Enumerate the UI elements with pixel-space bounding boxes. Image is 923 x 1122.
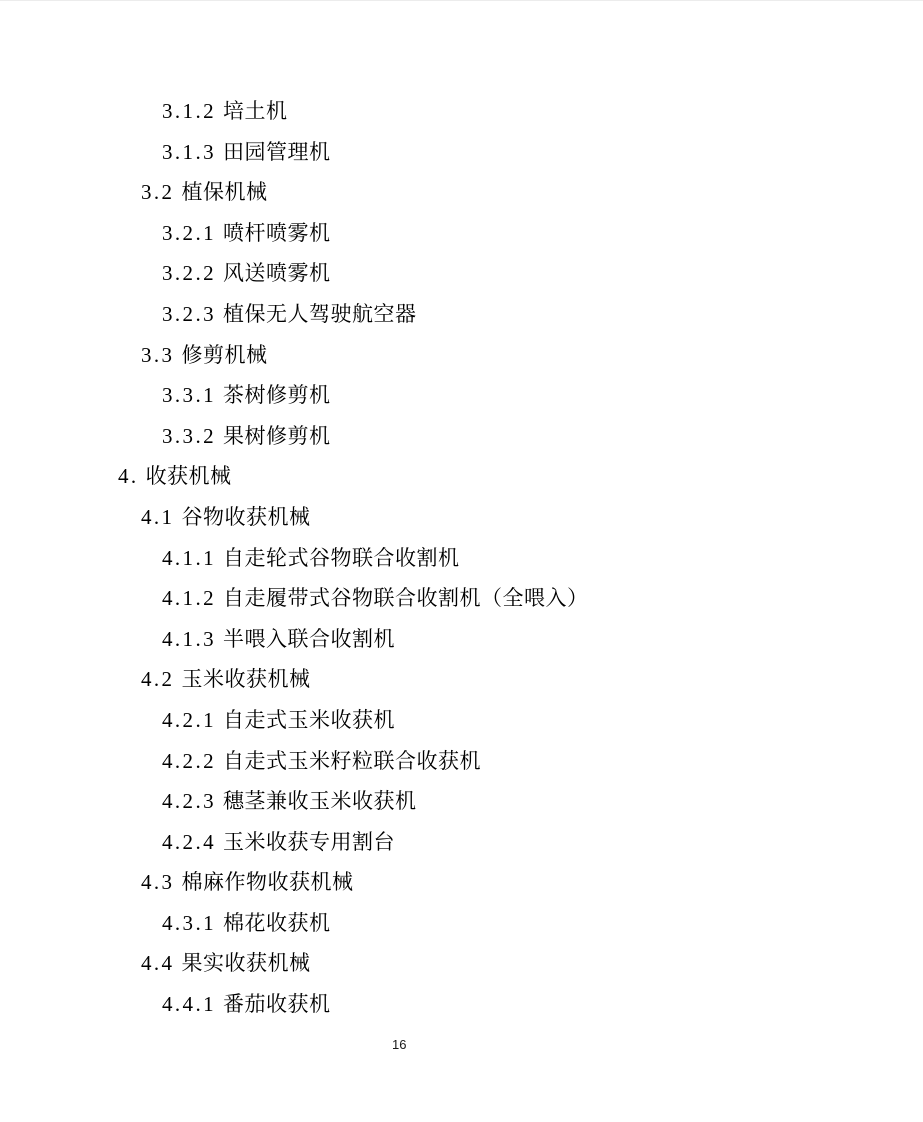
item-number: 4.1.3 bbox=[162, 627, 216, 651]
list-item: 4.1.3半喂入联合收割机 bbox=[0, 619, 923, 660]
item-number: 3.2.1 bbox=[162, 221, 216, 245]
list-item: 3.1.2培土机 bbox=[0, 91, 923, 132]
item-number: 3.3 bbox=[141, 343, 174, 367]
item-number: 3.1.2 bbox=[162, 99, 216, 123]
item-label: 番茄收获机 bbox=[223, 992, 331, 1016]
item-label: 茶树修剪机 bbox=[223, 383, 331, 407]
list-item: 3.3.1茶树修剪机 bbox=[0, 375, 923, 416]
item-number: 4.3 bbox=[141, 870, 174, 894]
item-label: 棉花收获机 bbox=[223, 911, 331, 935]
item-label: 玉米收获专用割台 bbox=[223, 830, 395, 854]
list-item: 4.2.2自走式玉米籽粒联合收获机 bbox=[0, 741, 923, 782]
item-number: 4.1 bbox=[141, 505, 174, 529]
list-item: 4.1.1自走轮式谷物联合收割机 bbox=[0, 538, 923, 579]
item-number: 4.4 bbox=[141, 951, 174, 975]
item-label: 植保无人驾驶航空器 bbox=[223, 302, 417, 326]
list-item: 4.4.1番茄收获机 bbox=[0, 984, 923, 1025]
list-item: 4.2.1自走式玉米收获机 bbox=[0, 700, 923, 741]
item-number: 4.4.1 bbox=[162, 992, 216, 1016]
list-item: 3.3修剪机械 bbox=[0, 335, 923, 376]
list-item: 4.3.1棉花收获机 bbox=[0, 903, 923, 944]
item-number: 3.3.2 bbox=[162, 424, 216, 448]
item-number: 3.1.3 bbox=[162, 140, 216, 164]
item-number: 4. bbox=[118, 464, 139, 488]
item-label: 穗茎兼收玉米收获机 bbox=[223, 789, 417, 813]
item-number: 3.2.3 bbox=[162, 302, 216, 326]
item-number: 3.3.1 bbox=[162, 383, 216, 407]
list-item: 3.2.2风送喷雾机 bbox=[0, 253, 923, 294]
list-item: 4.收获机械 bbox=[0, 456, 923, 497]
list-item: 4.1.2自走履带式谷物联合收割机（全喂入） bbox=[0, 578, 923, 619]
list-item: 4.1谷物收获机械 bbox=[0, 497, 923, 538]
item-label: 玉米收获机械 bbox=[181, 667, 310, 691]
item-number: 4.2.2 bbox=[162, 749, 216, 773]
list-item: 4.2.4玉米收获专用割台 bbox=[0, 822, 923, 863]
item-label: 田园管理机 bbox=[223, 140, 331, 164]
list-item: 3.1.3田园管理机 bbox=[0, 132, 923, 173]
item-label: 修剪机械 bbox=[181, 343, 267, 367]
list-item: 3.2.1喷杆喷雾机 bbox=[0, 213, 923, 254]
item-number: 4.1.1 bbox=[162, 546, 216, 570]
item-label: 培土机 bbox=[223, 99, 288, 123]
list-item: 3.2.3植保无人驾驶航空器 bbox=[0, 294, 923, 335]
item-label: 自走式玉米收获机 bbox=[223, 708, 395, 732]
item-label: 自走式玉米籽粒联合收获机 bbox=[223, 749, 481, 773]
item-number: 3.2 bbox=[141, 180, 174, 204]
item-label: 谷物收获机械 bbox=[181, 505, 310, 529]
item-label: 果树修剪机 bbox=[223, 424, 331, 448]
item-number: 4.1.2 bbox=[162, 586, 216, 610]
page-number: 16 bbox=[392, 1037, 406, 1053]
item-number: 4.2.3 bbox=[162, 789, 216, 813]
item-number: 4.3.1 bbox=[162, 911, 216, 935]
item-number: 3.2.2 bbox=[162, 261, 216, 285]
item-label: 自走履带式谷物联合收割机（全喂入） bbox=[223, 586, 589, 610]
list-item: 4.2玉米收获机械 bbox=[0, 659, 923, 700]
list-item: 4.2.3穗茎兼收玉米收获机 bbox=[0, 781, 923, 822]
list-item: 3.2植保机械 bbox=[0, 172, 923, 213]
item-label: 喷杆喷雾机 bbox=[223, 221, 331, 245]
item-label: 收获机械 bbox=[146, 464, 232, 488]
list-item: 4.4果实收获机械 bbox=[0, 943, 923, 984]
list-item: 3.3.2果树修剪机 bbox=[0, 416, 923, 457]
item-label: 自走轮式谷物联合收割机 bbox=[223, 546, 460, 570]
item-label: 棉麻作物收获机械 bbox=[181, 870, 353, 894]
list-item: 4.3棉麻作物收获机械 bbox=[0, 862, 923, 903]
item-label: 风送喷雾机 bbox=[223, 261, 331, 285]
outline-list: 3.1.2培土机 3.1.3田园管理机 3.2植保机械 3.2.1喷杆喷雾机 3… bbox=[0, 1, 923, 1025]
item-label: 半喂入联合收割机 bbox=[223, 627, 395, 651]
item-number: 4.2.1 bbox=[162, 708, 216, 732]
item-label: 果实收获机械 bbox=[181, 951, 310, 975]
document-page: 3.1.2培土机 3.1.3田园管理机 3.2植保机械 3.2.1喷杆喷雾机 3… bbox=[0, 0, 923, 1122]
item-number: 4.2.4 bbox=[162, 830, 216, 854]
item-label: 植保机械 bbox=[181, 180, 267, 204]
item-number: 4.2 bbox=[141, 667, 174, 691]
